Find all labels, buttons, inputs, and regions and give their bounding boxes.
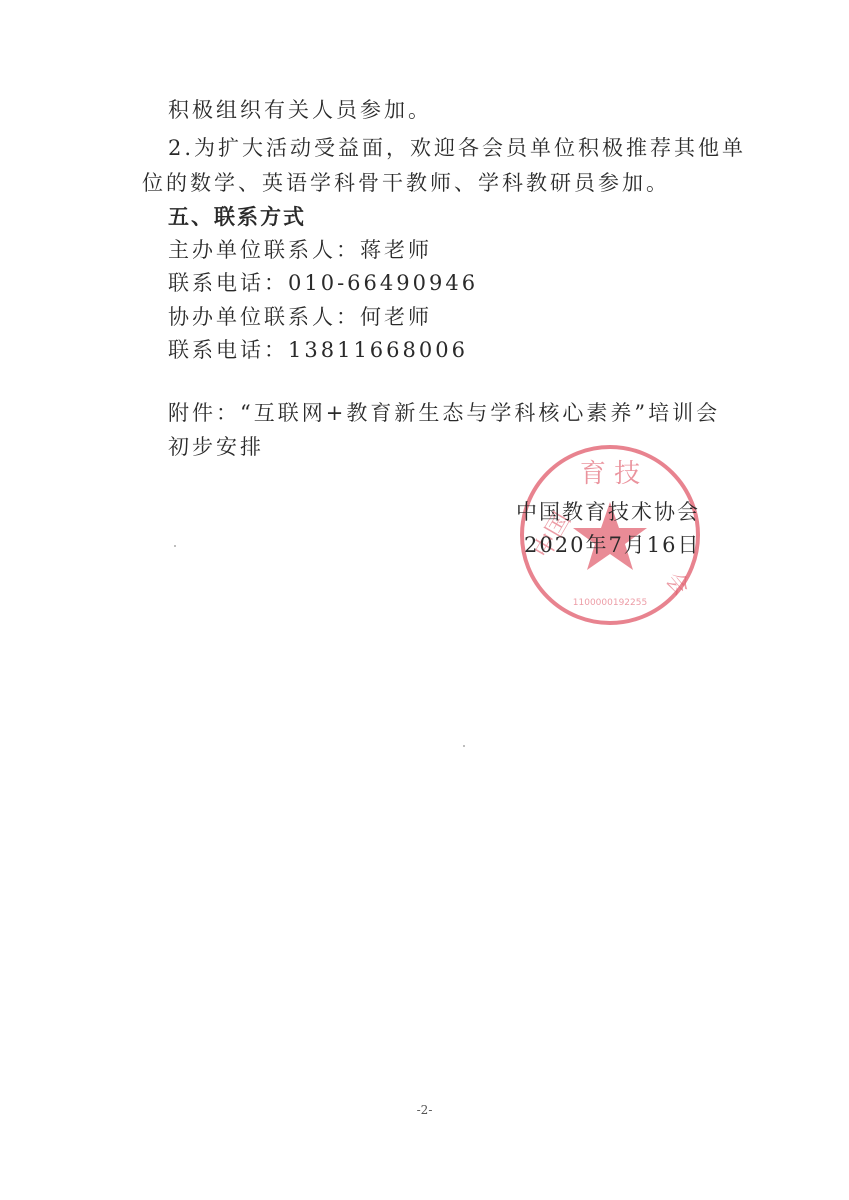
page-number: -2- (0, 1103, 849, 1117)
attachment-line-1: 附件：“互联网+教育新生态与学科核心素养”培训会 (168, 398, 720, 428)
svg-text:育 技: 育 技 (580, 459, 640, 489)
attachment-line-2: 初步安排 (168, 432, 264, 462)
signature-organization: 中国教育技术协会 (516, 497, 700, 527)
body-line-1: 积极组织有关人员参加。 (168, 95, 432, 125)
section-heading: 五、联系方式 (168, 202, 306, 232)
contact-host-phone: 联系电话：010-66490946 (168, 268, 478, 298)
signature-date: 2020年7月16日 (524, 530, 701, 560)
contact-host: 主办单位联系人：蒋老师 (168, 235, 432, 265)
body-line-2: 2.为扩大活动受益面，欢迎各会员单位积极推荐其他单 (168, 133, 746, 163)
scan-speck (174, 545, 176, 547)
contact-cohost-phone: 联系电话：13811668006 (168, 335, 468, 365)
svg-text:1100000192255: 1100000192255 (573, 598, 647, 608)
scan-speck (463, 745, 465, 747)
contact-cohost: 协办单位联系人：何老师 (168, 302, 432, 332)
body-line-3: 位的数学、英语学科骨干教师、学科教研员参加。 (142, 168, 670, 198)
